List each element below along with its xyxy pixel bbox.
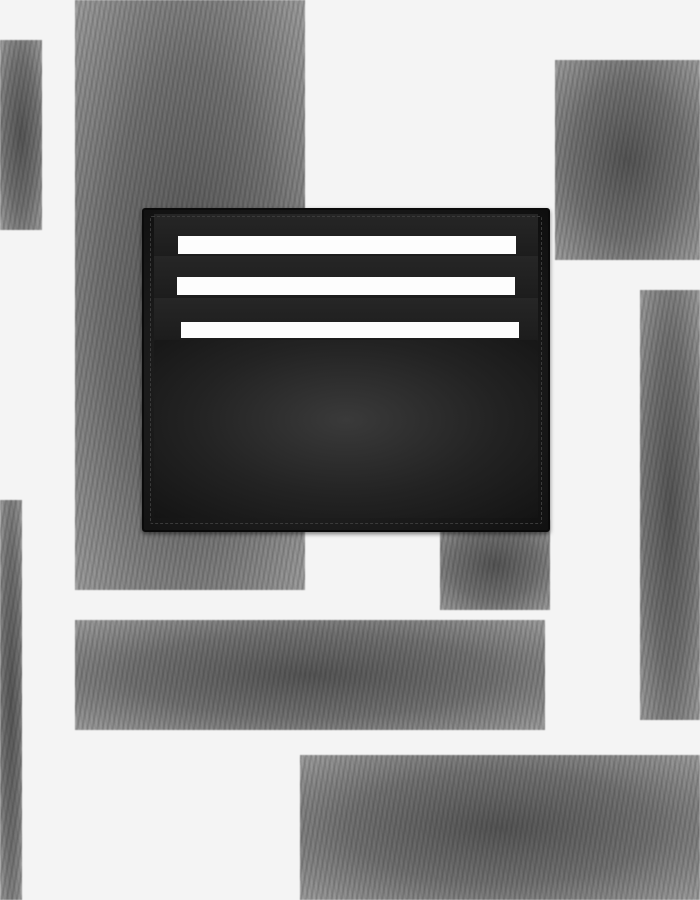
- charcoal-stroke: [300, 755, 700, 900]
- stitching: [150, 216, 542, 524]
- charcoal-stroke: [440, 520, 550, 610]
- card-holder: [142, 208, 550, 532]
- charcoal-stroke: [75, 620, 545, 730]
- charcoal-stroke: [0, 500, 22, 900]
- charcoal-stroke: [0, 40, 42, 230]
- charcoal-stroke: [640, 290, 700, 720]
- charcoal-stroke: [555, 60, 700, 260]
